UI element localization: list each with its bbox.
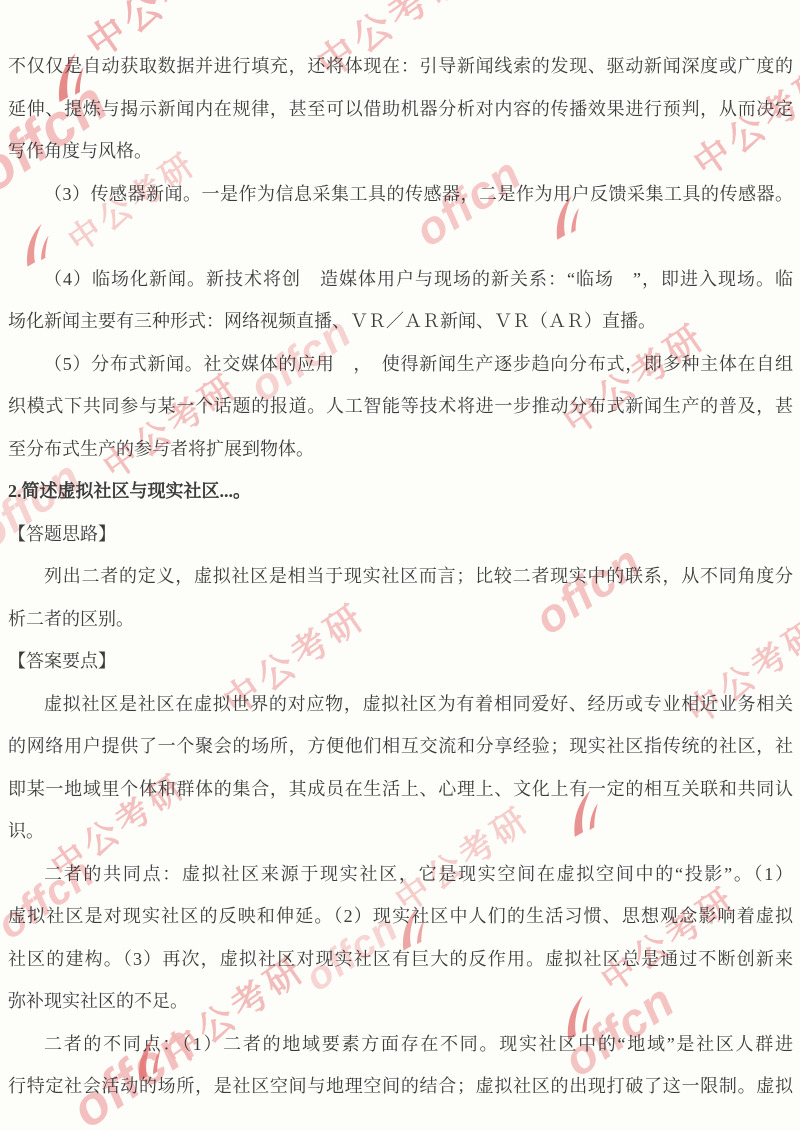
blank-line bbox=[8, 215, 793, 258]
document-line: 即某一地域里个体和群体的集合，其成员在生活上、心理上、文化上有一定的相互关联和共… bbox=[8, 768, 793, 811]
document-line: （4）临场化新闻。新技术将创 造媒体用户与现场的新关系：“临场 ”，即进入现场。… bbox=[8, 258, 793, 301]
document-line: 二者的共同点：虚拟社区来源于现实社区，它是现实空间在虚拟空间中的“投影”。（1） bbox=[8, 853, 793, 896]
document-line: 弥补现实社区的不足。 bbox=[8, 980, 793, 1023]
document-line: 【答案要点】 bbox=[8, 640, 793, 683]
document-line: 【答题思路】 bbox=[8, 513, 793, 556]
document-line: 虚拟社区是社区在虚拟世界的对应物，虚拟社区为有着相同爱好、经历或专业相近业务相关 bbox=[8, 683, 793, 726]
document-page: 中公考研 中公考研 offcn 中公考研 offcn 中公考研 offcn 中公… bbox=[0, 0, 800, 1131]
document-line: 社区的建构。（3）再次，虚拟社区对现实社区有巨大的反作用。虚拟社区总是通过不断创… bbox=[8, 938, 793, 981]
document-line: 行特定社会活动的场所，是社区空间与地理空间的结合；虚拟社区的出现打破了这一限制。… bbox=[8, 1065, 793, 1108]
document-line: 的网络用户提供了一个聚会的场所，方便他们相互交流和分享经验；现实社区指传统的社区… bbox=[8, 725, 793, 768]
document-line: 二者的不同点：（1）二者的地域要素方面存在不同。现实社区中的“地域”是社区人群进 bbox=[8, 1023, 793, 1066]
document-line: 不仅仅是自动获取数据并进行填充，还将体现在：引导新闻线索的发现、驱动新闻深度或广… bbox=[8, 45, 793, 88]
document-line: 析二者的区别。 bbox=[8, 598, 793, 641]
document-line: （3）传感器新闻。一是作为信息采集工具的传感器，二是作为用户反馈采集工具的传感器… bbox=[8, 173, 793, 216]
document-line: （5）分布式新闻。社交媒体的应用 ， 使得新闻生产逐步趋向分布式，即多种主体在自… bbox=[8, 343, 793, 386]
document-line: 织模式下共同参与某一个话题的报道。人工智能等技术将进一步推动分布式新闻生产的普及… bbox=[8, 385, 793, 428]
question-heading: 2.简述虚拟社区与现实社区...。 bbox=[8, 470, 793, 513]
document-line: 至分布式生产的参与者将扩展到物体。 bbox=[8, 428, 793, 471]
document-line: 写作角度与风格。 bbox=[8, 130, 793, 173]
document-line: 场化新闻主要有三种形式：网络视频直播、ＶＲ／ＡＲ新闻、ＶＲ（ＡＲ）直播。 bbox=[8, 300, 793, 343]
document-content: 不仅仅是自动获取数据并进行填充，还将体现在：引导新闻线索的发现、驱动新闻深度或广… bbox=[0, 0, 800, 1108]
document-line: 虚拟社区是对现实社区的反映和伸延。（2）现实社区中人们的生活习惯、思想观念影响着… bbox=[8, 895, 793, 938]
document-line: 延伸、提炼与揭示新闻内在规律，甚至可以借助机器分析对内容的传播效果进行预判，从而… bbox=[8, 88, 793, 131]
document-line: 识。 bbox=[8, 810, 793, 853]
document-line: 列出二者的定义，虚拟社区是相当于现实社区而言；比较二者现实中的联系，从不同角度分 bbox=[8, 555, 793, 598]
